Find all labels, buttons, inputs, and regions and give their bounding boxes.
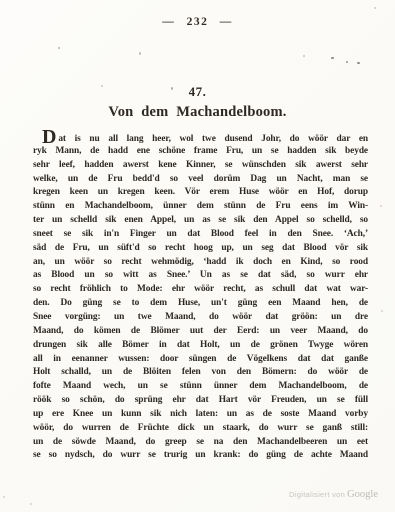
scan-artifact [303, 55, 305, 57]
drop-cap-initial: D [42, 131, 56, 145]
text-line: drungen sik alle Bömer in dat Holt, un d… [33, 339, 368, 353]
body-text-block: Dat is nu all lang heer, wol twe dusend … [33, 131, 368, 463]
text-line: stünn en Machandelboom, ünner dem stünn … [33, 200, 368, 214]
text-line: säd de Fru, un süft'd so recht hoog up, … [33, 242, 368, 256]
scanned-book-page: — 232 — 47. Von dem Machandelboom. Dat i… [0, 0, 395, 512]
page-title: Von dem Machandelboom. [0, 104, 395, 121]
scan-artifact [380, 205, 382, 207]
text-line: kregen keen un kregen keen. Vör erem Hus… [33, 186, 368, 200]
scan-artifact [346, 61, 348, 63]
text-line: un de söwde Maand, do greep se na den Ma… [33, 436, 368, 450]
text-line: welke, un de Fru bedd'd so veel dorüm Da… [33, 173, 368, 187]
text-line: ryk Mann, de hadd ene schöne frame Fru, … [33, 145, 368, 159]
text-line: röök so schön, do sprüng ehr dat Hart vö… [33, 394, 368, 408]
scan-artifact [381, 310, 383, 312]
text-line: all in eenanner wussen: door süngen de V… [33, 353, 368, 367]
text-line: se so nydsch, do wurr se trurig un krank… [33, 449, 368, 463]
text-line: as Blood un so witt as Snee.’ Un as se d… [33, 269, 368, 283]
text-line: sehr leef, hadden awerst kene Kinner, se… [33, 159, 368, 173]
text-line: Maand, do kömen de Blömer uut der Eerd: … [33, 325, 368, 339]
text-line: an, un wöör so recht wehmödig, ‘hadd ik … [33, 256, 368, 270]
scan-artifact [374, 7, 376, 9]
page-number-header: — 232 — [0, 16, 395, 28]
scan-artifact [101, 85, 103, 87]
watermark-text: Digitalisiert von [289, 490, 345, 499]
text-line: den. Do güng se to dem Huse, un't güng e… [33, 297, 368, 311]
scan-artifact [331, 57, 334, 59]
google-logo-text: Google [347, 489, 378, 500]
scan-artifact [3, 496, 5, 498]
scan-artifact [139, 52, 141, 55]
text-line: ter un schelld sik enen Appel, un as se … [33, 214, 368, 228]
text-line: Dat is nu all lang heer, wol twe dusend … [33, 131, 368, 145]
scan-artifact [30, 503, 32, 505]
section-number: 47. [0, 84, 395, 100]
text-line: up ere Knee un kunn sik nich laten: un a… [33, 408, 368, 422]
google-digitization-watermark: Digitalisiert vonGoogle [289, 489, 378, 500]
scan-artifact [171, 87, 173, 90]
text-line: Snee vorgüng: un twe Maand, do wöör dat … [33, 311, 368, 325]
text-line: fofte Maand wech, un se stünn ünner dem … [33, 380, 368, 394]
scan-artifact [357, 62, 360, 64]
text-line: so recht fröhlich to Mode: ehr wöör rech… [33, 283, 368, 297]
text-line: sneet se sik in'n Finger un dat Blood fe… [33, 228, 368, 242]
scan-artifact [58, 47, 60, 49]
text-line-content: at is nu all lang heer, wol twe dusend J… [58, 134, 368, 144]
text-line: Holt schalld, un de Blöiten felen von de… [33, 366, 368, 380]
text-line: wöör, do wurren de Früchte dick un staar… [33, 422, 368, 436]
